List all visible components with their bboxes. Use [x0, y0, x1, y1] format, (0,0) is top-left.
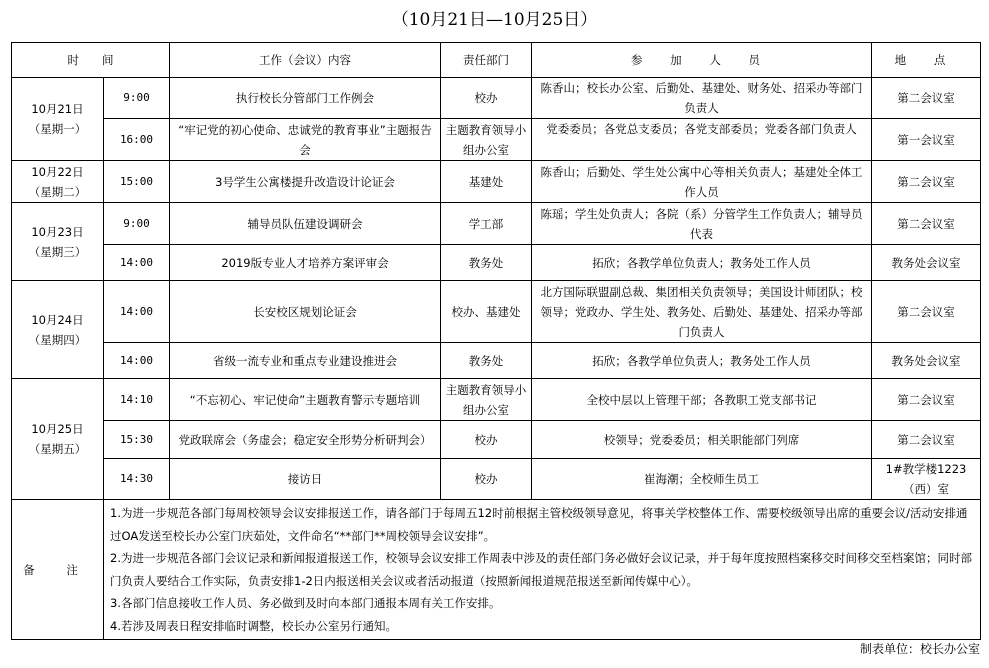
note-item: 4.若涉及周表日程安排临时调整，校长办公室另行通知。 — [110, 615, 974, 638]
participants-cell: 北方国际联盟副总裁、集团相关负责领导；美国设计师团队；校领导；党政办、学生处、教… — [532, 281, 872, 343]
header-content: 工作（会议）内容 — [170, 43, 441, 78]
time-cell: 14:00 — [104, 281, 170, 343]
table-row: 10月21日（星期一） 9:00 执行校长分管部门工作例会 校办 陈香山；校长办… — [12, 78, 981, 119]
time-cell: 14:10 — [104, 379, 170, 421]
header-row: 时 间 工作（会议）内容 责任部门 参 加 人 员 地 点 — [12, 43, 981, 78]
content-cell: 3号学生公寓楼提升改造设计论证会 — [170, 161, 441, 203]
header-dept: 责任部门 — [441, 43, 532, 78]
time-cell: 15:00 — [104, 161, 170, 203]
notes-label: 备 注 — [12, 500, 104, 640]
header-participants: 参 加 人 员 — [532, 43, 872, 78]
schedule-table: 时 间 工作（会议）内容 责任部门 参 加 人 员 地 点 10月21日（星期一… — [11, 42, 981, 640]
location-cell: 教务处会议室 — [872, 245, 981, 281]
location-cell: 第二会议室 — [872, 161, 981, 203]
time-cell: 9:00 — [104, 203, 170, 245]
location-cell: 第二会议室 — [872, 421, 981, 459]
page-title: （10月21日—10月25日） — [0, 8, 989, 32]
table-row: 10月25日（星期五） 14:10 “不忘初心、牢记使命”主题教育警示专题培训 … — [12, 379, 981, 421]
table-row: 14:00 省级一流专业和重点专业建设推进会 教务处 拓欣；各教学单位负责人；教… — [12, 343, 981, 379]
date-cell: 10月22日（星期二） — [12, 161, 104, 203]
header-time: 时 间 — [12, 43, 170, 78]
time-cell: 9:00 — [104, 78, 170, 119]
header-location: 地 点 — [872, 43, 981, 78]
participants-cell: 党委委员；各党总支委员；各党支部委员；党委各部门负责人 — [532, 119, 872, 161]
content-cell: 省级一流专业和重点专业建设推进会 — [170, 343, 441, 379]
content-cell: 2019版专业人才培养方案评审会 — [170, 245, 441, 281]
note-item: 3.各部门信息接收工作人员、务必做到及时向本部门通报本周有关工作安排。 — [110, 592, 974, 615]
dept-cell: 基建处 — [441, 161, 532, 203]
participants-cell: 拓欣；各教学单位负责人；教务处工作人员 — [532, 343, 872, 379]
content-cell: 执行校长分管部门工作例会 — [170, 78, 441, 119]
table-row: 14:00 2019版专业人才培养方案评审会 教务处 拓欣；各教学单位负责人；教… — [12, 245, 981, 281]
content-cell: 接访日 — [170, 459, 441, 500]
location-cell: 第二会议室 — [872, 379, 981, 421]
dept-cell: 学工部 — [441, 203, 532, 245]
content-cell: 长安校区规划论证会 — [170, 281, 441, 343]
notes-content: 1.为进一步规范各部门每周校领导会议安排报送工作，请各部门于每周五12时前根据主… — [104, 500, 981, 640]
note-item: 1.为进一步规范各部门每周校领导会议安排报送工作，请各部门于每周五12时前根据主… — [110, 502, 974, 547]
participants-cell: 陈瑶；学生处负责人；各院（系）分管学生工作负责人；辅导员代表 — [532, 203, 872, 245]
table-row: 10月24日（星期四） 14:00 长安校区规划论证会 校办、基建处 北方国际联… — [12, 281, 981, 343]
dept-cell: 校办 — [441, 421, 532, 459]
dept-cell: 校办 — [441, 459, 532, 500]
location-cell: 1#教学楼1223（西）室 — [872, 459, 981, 500]
time-cell: 14:00 — [104, 245, 170, 281]
date-cell: 10月23日（星期三） — [12, 203, 104, 281]
table-row: 10月23日（星期三） 9:00 辅导员队伍建设调研会 学工部 陈瑶；学生处负责… — [12, 203, 981, 245]
dept-cell: 教务处 — [441, 245, 532, 281]
participants-cell: 校领导；党委委员；相关职能部门列席 — [532, 421, 872, 459]
participants-cell: 陈香山；后勤处、学生处公寓中心等相关负责人；基建处全体工作人员 — [532, 161, 872, 203]
participants-cell: 全校中层以上管理干部；各教职工党支部书记 — [532, 379, 872, 421]
dept-cell: 校办 — [441, 78, 532, 119]
notes-row: 备 注 1.为进一步规范各部门每周校领导会议安排报送工作，请各部门于每周五12时… — [12, 500, 981, 640]
dept-cell: 主题教育领导小组办公室 — [441, 119, 532, 161]
dept-cell: 主题教育领导小组办公室 — [441, 379, 532, 421]
date-cell: 10月25日（星期五） — [12, 379, 104, 500]
location-cell: 第一会议室 — [872, 119, 981, 161]
content-cell: “牢记党的初心使命、忠诚党的教育事业”主题报告会 — [170, 119, 441, 161]
time-cell: 16:00 — [104, 119, 170, 161]
participants-cell: 陈香山；校长办公室、后勤处、基建处、财务处、招采办等部门负责人 — [532, 78, 872, 119]
content-cell: “不忘初心、牢记使命”主题教育警示专题培训 — [170, 379, 441, 421]
table-row: 16:00 “牢记党的初心使命、忠诚党的教育事业”主题报告会 主题教育领导小组办… — [12, 119, 981, 161]
time-cell: 14:00 — [104, 343, 170, 379]
location-cell: 第二会议室 — [872, 78, 981, 119]
footer-maker: 制表单位：校长办公室 — [860, 640, 980, 657]
location-cell: 第二会议室 — [872, 281, 981, 343]
time-cell: 15:30 — [104, 421, 170, 459]
content-cell: 辅导员队伍建设调研会 — [170, 203, 441, 245]
note-item: 2.为进一步规范各部门会议记录和新闻报道报送工作，校领导会议安排工作周表中涉及的… — [110, 547, 974, 592]
table-row: 15:30 党政联席会（务虚会；稳定安全形势分析研判会） 校办 校领导；党委委员… — [12, 421, 981, 459]
participants-cell: 拓欣；各教学单位负责人；教务处工作人员 — [532, 245, 872, 281]
time-cell: 14:30 — [104, 459, 170, 500]
location-cell: 教务处会议室 — [872, 343, 981, 379]
dept-cell: 校办、基建处 — [441, 281, 532, 343]
location-cell: 第二会议室 — [872, 203, 981, 245]
date-cell: 10月21日（星期一） — [12, 78, 104, 161]
content-cell: 党政联席会（务虚会；稳定安全形势分析研判会） — [170, 421, 441, 459]
table-row: 10月22日（星期二） 15:00 3号学生公寓楼提升改造设计论证会 基建处 陈… — [12, 161, 981, 203]
date-cell: 10月24日（星期四） — [12, 281, 104, 379]
table-row: 14:30 接访日 校办 崔海潮；全校师生员工 1#教学楼1223（西）室 — [12, 459, 981, 500]
dept-cell: 教务处 — [441, 343, 532, 379]
participants-cell: 崔海潮；全校师生员工 — [532, 459, 872, 500]
